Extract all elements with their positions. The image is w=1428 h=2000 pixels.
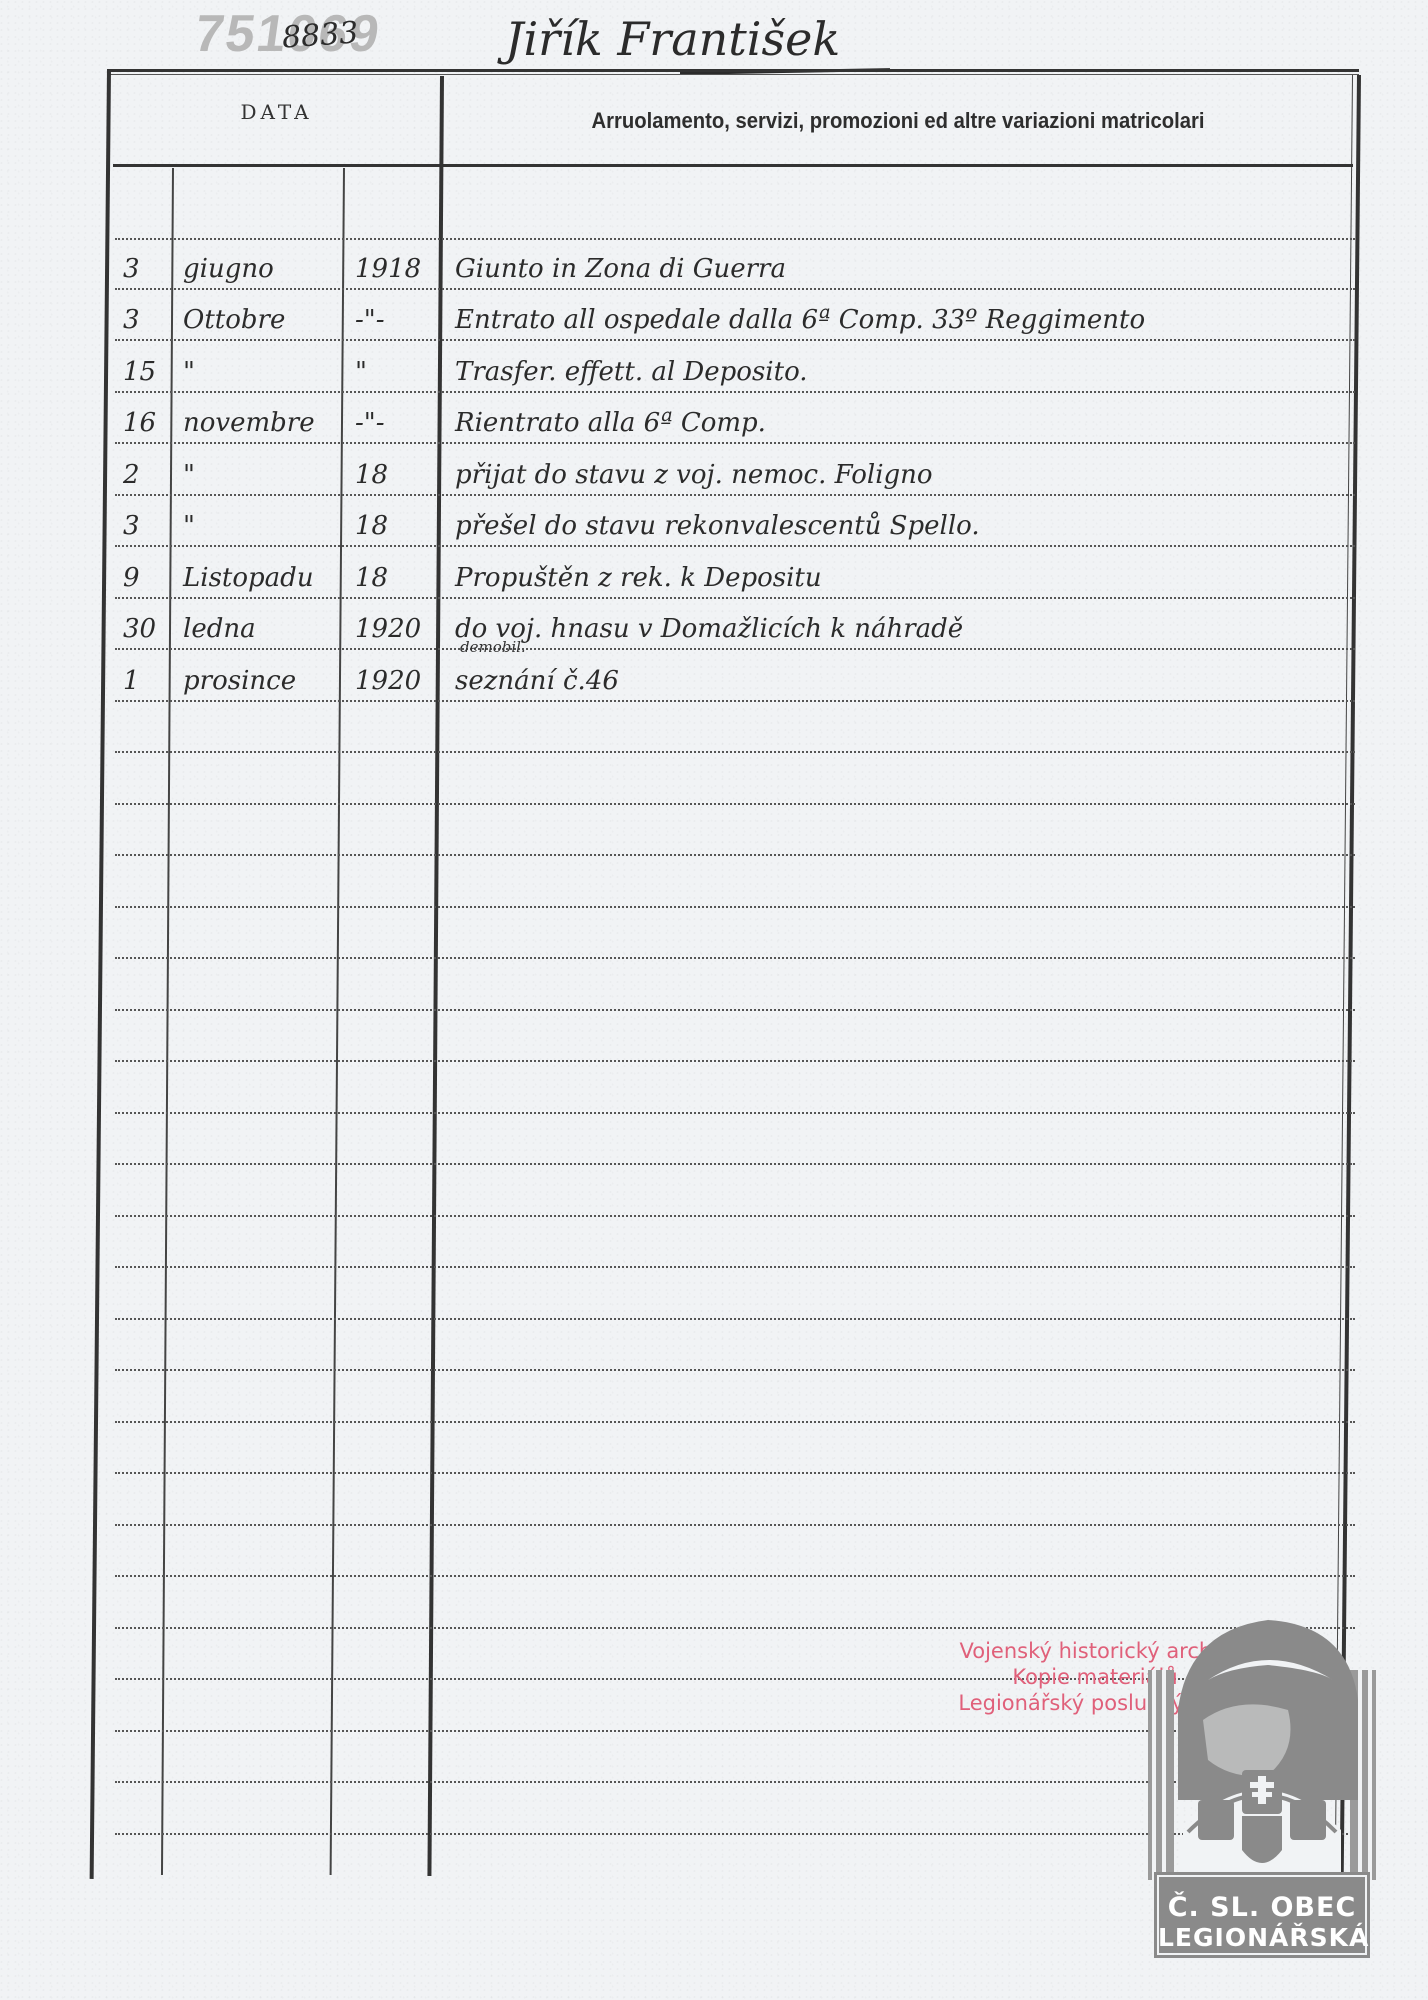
table-row: 9Listopadu18Propuštěn z rek. k Depositu	[115, 547, 1355, 599]
entry-year: 18	[355, 563, 445, 593]
entry-day: 1	[123, 666, 173, 696]
entry-day: 16	[123, 408, 173, 438]
entry-day: 15	[123, 357, 173, 387]
entry-month: Listopadu	[183, 563, 353, 593]
entry-month: giugno	[183, 254, 353, 284]
header-date: DATA	[113, 100, 440, 124]
register-rows: 3giugno1918Giunto in Zona di Guerra3Otto…	[115, 238, 1355, 1835]
table-row: 3giugno1918Giunto in Zona di Guerra	[115, 238, 1355, 290]
entry-description: Entrato all ospedale dalla 6ª Comp. 33º …	[455, 305, 1355, 335]
entry-year: 18	[355, 460, 445, 490]
entry-day: 2	[123, 460, 173, 490]
table-row	[115, 1217, 1355, 1269]
entry-year: -"-	[355, 408, 445, 438]
entry-year: 1918	[355, 254, 445, 284]
entry-day: 3	[123, 305, 173, 335]
table-row: 3Ottobre-"-Entrato all ospedale dalla 6ª…	[115, 290, 1355, 342]
entry-day: 3	[123, 511, 173, 541]
entry-month: prosince	[183, 666, 353, 696]
entry-day: 30	[123, 614, 173, 644]
table-row	[115, 1062, 1355, 1114]
entry-description: přijat do stavu z voj. nemoc. Foligno	[455, 460, 1355, 490]
table-row	[115, 805, 1355, 857]
entry-month: ledna	[183, 614, 353, 644]
entry-day: 3	[123, 254, 173, 284]
table-row	[115, 959, 1355, 1011]
table-frame-top-inner	[109, 74, 1359, 75]
legion-emblem: Č. SL. OBEC LEGIONÁŘSKÁ	[1148, 1600, 1376, 1960]
table-row: 3"18přešel do stavu rekonvalescentů Spel…	[115, 496, 1355, 548]
emblem-line1: Č. SL. OBEC	[1158, 1892, 1366, 1923]
entry-description: Propuštěn z rek. k Depositu	[455, 563, 1355, 593]
entry-day: 9	[123, 563, 173, 593]
header-separator	[113, 164, 1353, 167]
soldier-name: Jiřík František	[505, 12, 840, 66]
table-row	[115, 1114, 1355, 1166]
table-row	[115, 1423, 1355, 1475]
header-main: Arruolamento, servizi, promozioni ed alt…	[480, 108, 1315, 134]
table-frame-top	[109, 69, 1359, 72]
entry-month: Ottobre	[183, 305, 353, 335]
entry-description: přešel do stavu rekonvalescentů Spello.	[455, 511, 1355, 541]
entry-description: Rientrato alla 6ª Comp.	[455, 408, 1355, 438]
entry-description: Trasfer. effett. al Deposito.	[455, 357, 1355, 387]
entry-year: "	[355, 357, 445, 387]
entry-description: seznání č.46	[455, 666, 1355, 696]
table-row: 16novembre-"-Rientrato alla 6ª Comp.	[115, 393, 1355, 445]
entry-month: "	[183, 511, 353, 541]
table-row: 15""Trasfer. effett. al Deposito.	[115, 341, 1355, 393]
table-row	[115, 1526, 1355, 1578]
table-row	[115, 1474, 1355, 1526]
entry-description: do voj. hnasu v Domažlicích k náhradě	[455, 614, 1355, 644]
table-row	[115, 753, 1355, 805]
table-row	[115, 856, 1355, 908]
entry-month: "	[183, 357, 353, 387]
entry-month: novembre	[183, 408, 353, 438]
table-row	[115, 702, 1355, 754]
register-number: 8833	[281, 15, 360, 55]
entry-year: 18	[355, 511, 445, 541]
table-row	[115, 1268, 1355, 1320]
table-row	[115, 1165, 1355, 1217]
table-frame-left	[90, 69, 111, 1879]
emblem-line2: LEGIONÁŘSKÁ	[1158, 1923, 1366, 1952]
entry-month: "	[183, 460, 353, 490]
table-row	[115, 1011, 1355, 1063]
entry-description: Giunto in Zona di Guerra	[455, 254, 1355, 284]
table-row: 30ledna1920do voj. hnasu v Domažlicích k…	[115, 599, 1355, 651]
entry-note: demobil.	[460, 638, 526, 656]
table-row: 2"18přijat do stavu z voj. nemoc. Folign…	[115, 444, 1355, 496]
table-row	[115, 1371, 1355, 1423]
table-row: 1prosince1920seznání č.46demobil.	[115, 650, 1355, 702]
entry-year: -"-	[355, 305, 445, 335]
table-row	[115, 1320, 1355, 1372]
entry-year: 1920	[355, 666, 445, 696]
table-row	[115, 908, 1355, 960]
entry-year: 1920	[355, 614, 445, 644]
